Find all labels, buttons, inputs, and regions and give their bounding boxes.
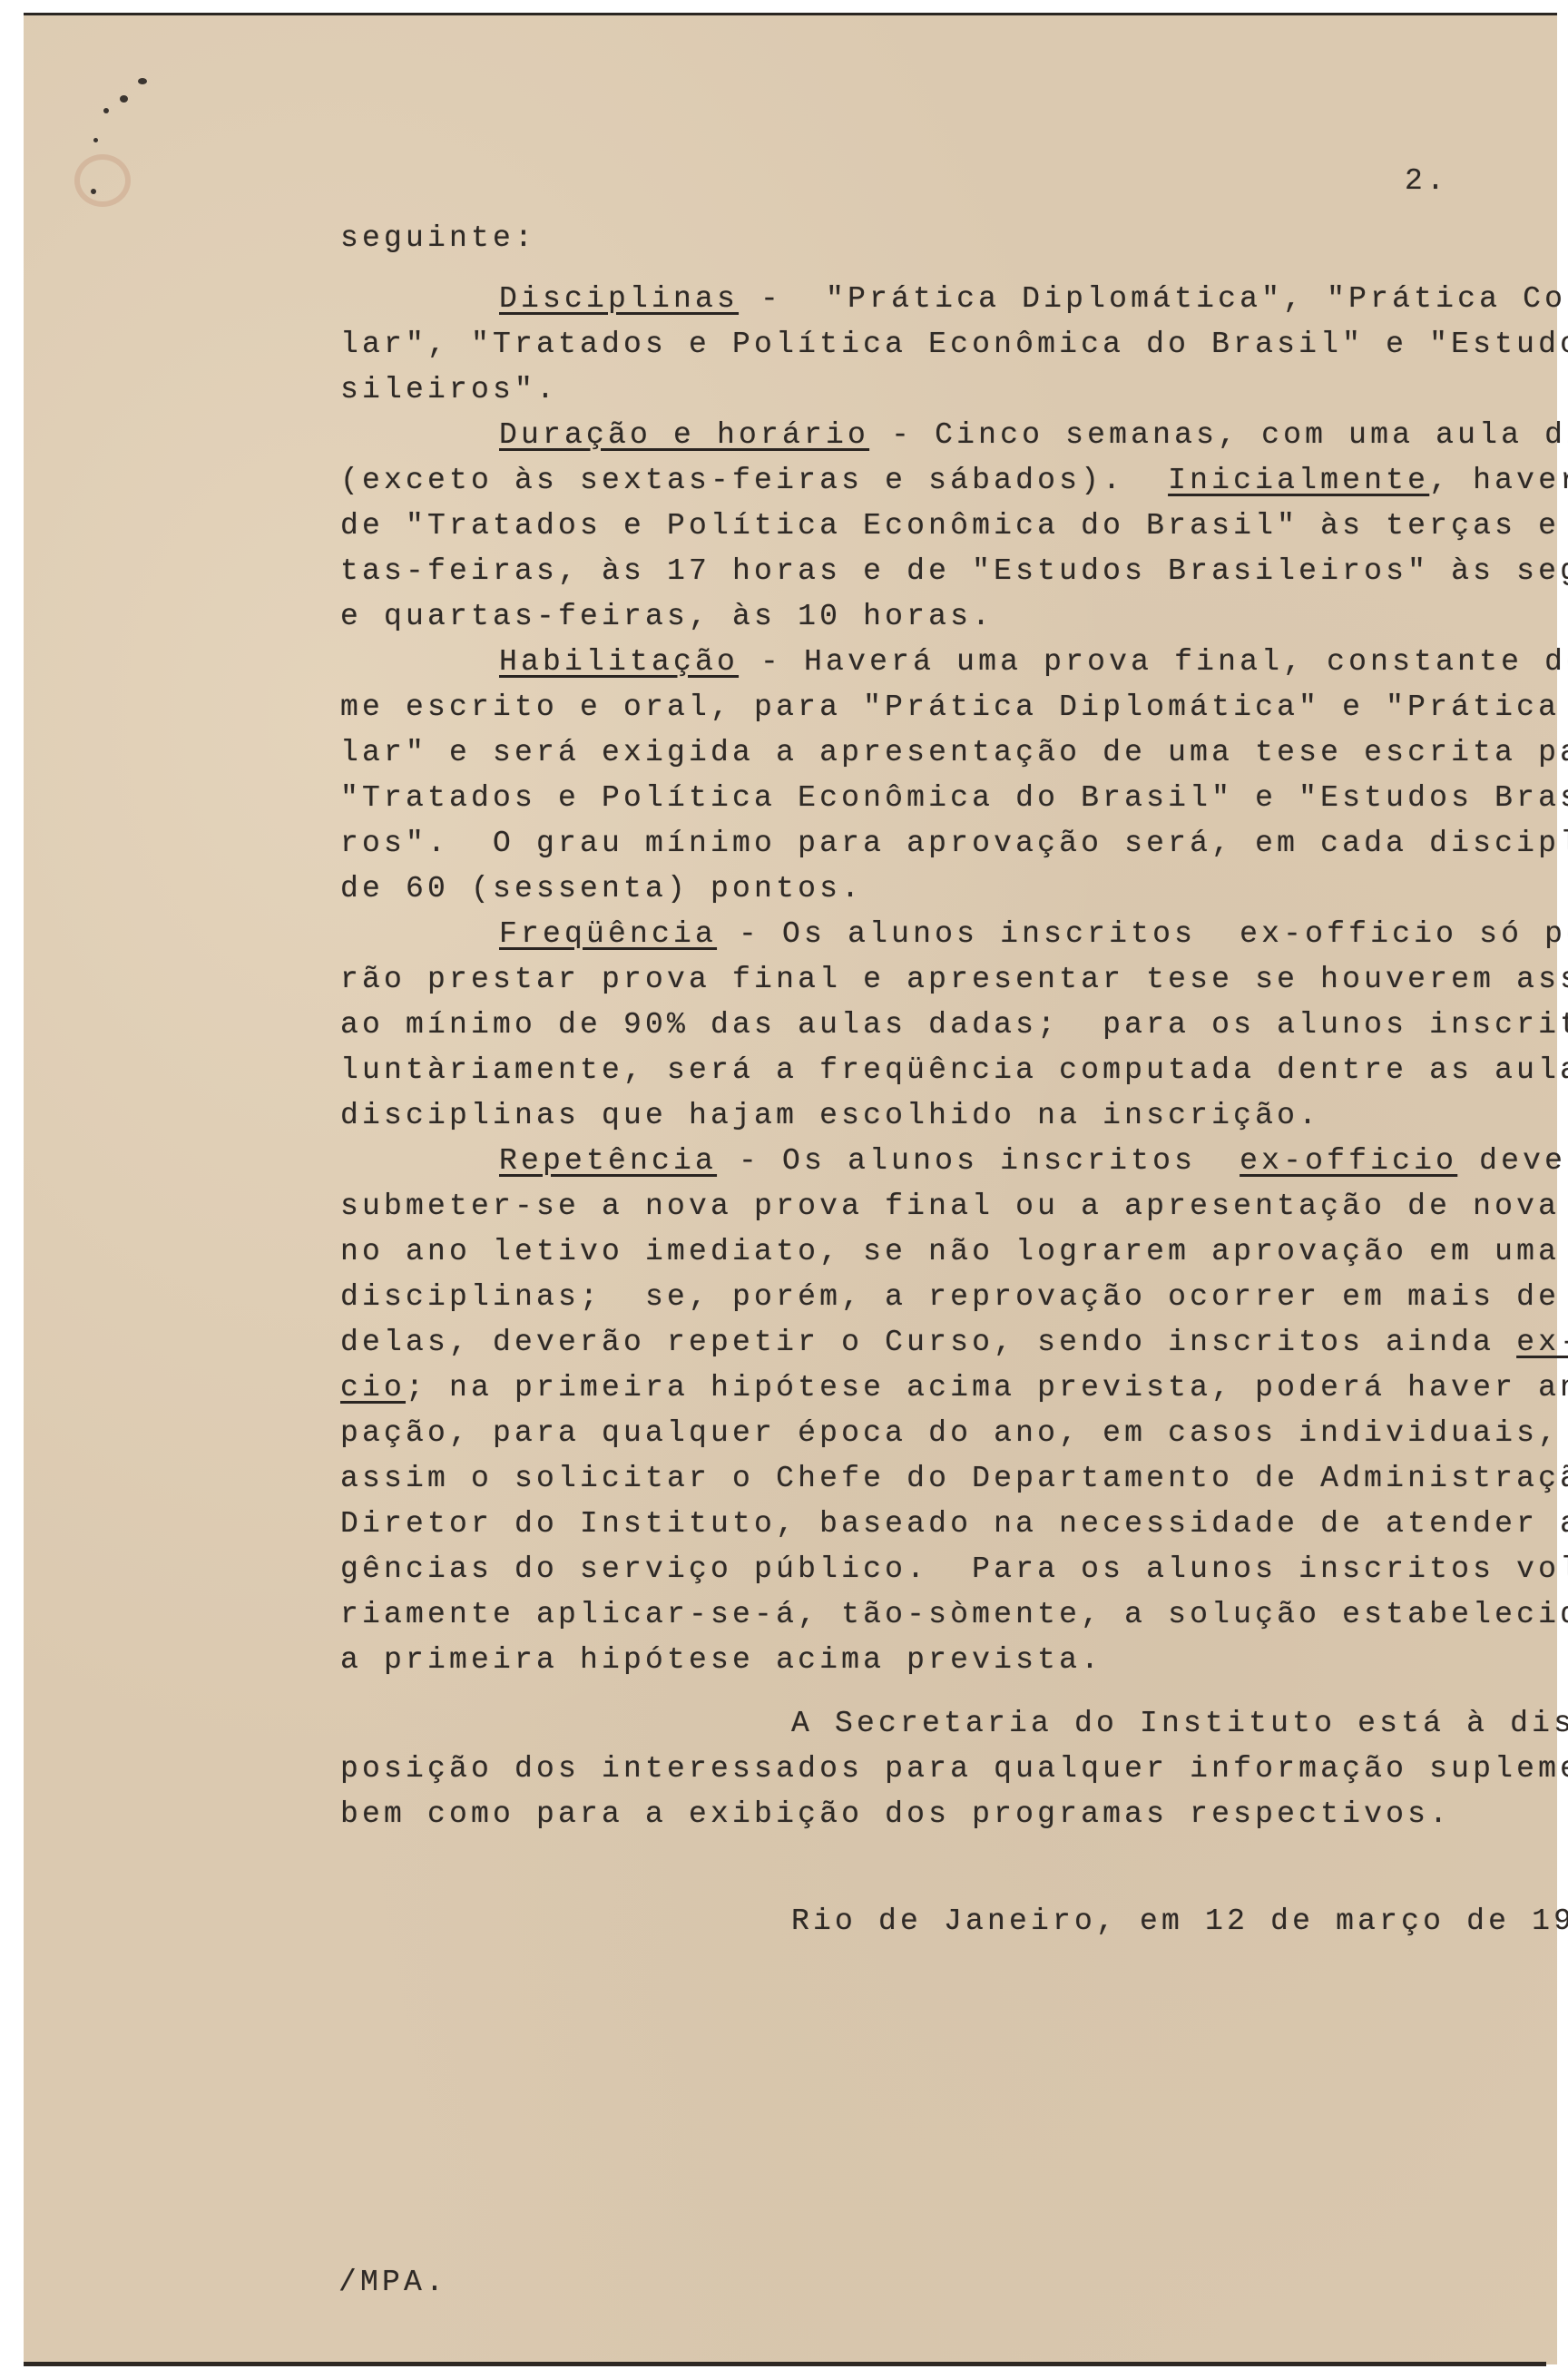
paragraph-habilitacao: Habilitação - Haverá uma prova final, co…: [499, 644, 1568, 680]
paragraph-secretaria: A Secretaria do Instituto está à dis-: [791, 1706, 1568, 1742]
page-number: 2.: [1405, 163, 1448, 200]
text-line: ros". O grau mínimo para aprovação será,…: [340, 826, 1568, 862]
emphasis-ex-officio-cont: cio: [340, 1371, 406, 1405]
text-line: assim o solicitar o Chefe do Departament…: [340, 1461, 1568, 1497]
text-line: tas-feiras, às 17 horas e de "Estudos Br…: [340, 553, 1568, 590]
text-line: sileiros".: [340, 372, 558, 408]
rust-stain-mark: [74, 154, 131, 207]
section-heading-duracao-horario: Duração e horário: [499, 418, 869, 452]
punch-mark: [103, 108, 109, 113]
text-line: Diretor do Instituto, baseado na necessi…: [340, 1506, 1568, 1542]
text-line: de "Tratados e Política Econômica do Bra…: [340, 508, 1568, 544]
text-line: posição dos interessados para qualquer i…: [340, 1751, 1568, 1787]
text-line: cio; na primeira hipótese acima prevista…: [340, 1370, 1568, 1406]
text-line: lar" e será exigida a apresentação de um…: [340, 735, 1568, 771]
section-heading-frequencia: Freqüência: [499, 917, 717, 951]
paragraph-repetencia: Repetência - Os alunos inscritos ex-offi…: [499, 1143, 1568, 1180]
text-line: lar", "Tratados e Política Econômica do …: [340, 327, 1568, 363]
text-line: rão prestar prova final e apresentar tes…: [340, 962, 1568, 998]
text-line: no ano letivo imediato, se não lograrem …: [340, 1234, 1568, 1270]
punch-mark: [91, 189, 96, 194]
text-line: luntàriamente, será a freqüência computa…: [340, 1052, 1568, 1089]
text-line: de 60 (sessenta) pontos.: [340, 871, 863, 907]
text-line: disciplinas que hajam escolhido na inscr…: [340, 1098, 1320, 1134]
emphasis-ex-officio: ex-officio: [1240, 1144, 1457, 1178]
text-line: e quartas-feiras, às 10 horas.: [340, 599, 994, 635]
text-line: bem como para a exibição dos programas r…: [340, 1796, 1451, 1833]
section-heading-repetencia: Repetência: [499, 1144, 717, 1178]
emphasis-ex-officio: ex-offi-: [1516, 1326, 1568, 1359]
punch-mark: [138, 78, 147, 84]
text-line: disciplinas; se, porém, a reprovação oco…: [340, 1279, 1568, 1316]
text-line: delas, deverão repetir o Curso, sendo in…: [340, 1325, 1568, 1361]
text-line: gências do serviço público. Para os alun…: [340, 1552, 1568, 1588]
paragraph-frequencia: Freqüência - Os alunos inscritos ex-offi…: [499, 916, 1568, 953]
text-line: pação, para qualquer época do ano, em ca…: [340, 1415, 1568, 1452]
paragraph-duracao: Duração e horário - Cinco semanas, com u…: [499, 417, 1568, 454]
section-heading-disciplinas: Disciplinas: [499, 282, 739, 316]
text-line: "Tratados e Política Econômica do Brasil…: [340, 780, 1568, 817]
text-line: (exceto às sextas-feiras e sábados). Ini…: [340, 463, 1568, 499]
typist-initials: /MPA.: [338, 2265, 447, 2301]
punch-mark: [120, 95, 128, 103]
text-line: ao mínimo de 90% das aulas dadas; para o…: [340, 1007, 1568, 1043]
text-line: submeter-se a nova prova final ou a apre…: [340, 1189, 1568, 1225]
text-line: me escrito e oral, para "Prática Diplomá…: [340, 690, 1568, 726]
emphasis-inicialmente: Inicialmente: [1168, 464, 1429, 497]
page-bottom-edge: [24, 2362, 1546, 2366]
text-line: riamente aplicar-se-á, tão-sòmente, a so…: [340, 1597, 1568, 1633]
date-line: Rio de Janeiro, em 12 de março de 1952: [791, 1904, 1568, 1940]
text-line: seguinte:: [340, 220, 536, 257]
section-heading-habilitacao: Habilitação: [499, 645, 739, 679]
punch-mark: [93, 138, 98, 142]
paragraph-disciplinas: Disciplinas - "Prática Diplomática", "Pr…: [499, 281, 1568, 318]
text-line: a primeira hipótese acima prevista.: [340, 1642, 1102, 1679]
